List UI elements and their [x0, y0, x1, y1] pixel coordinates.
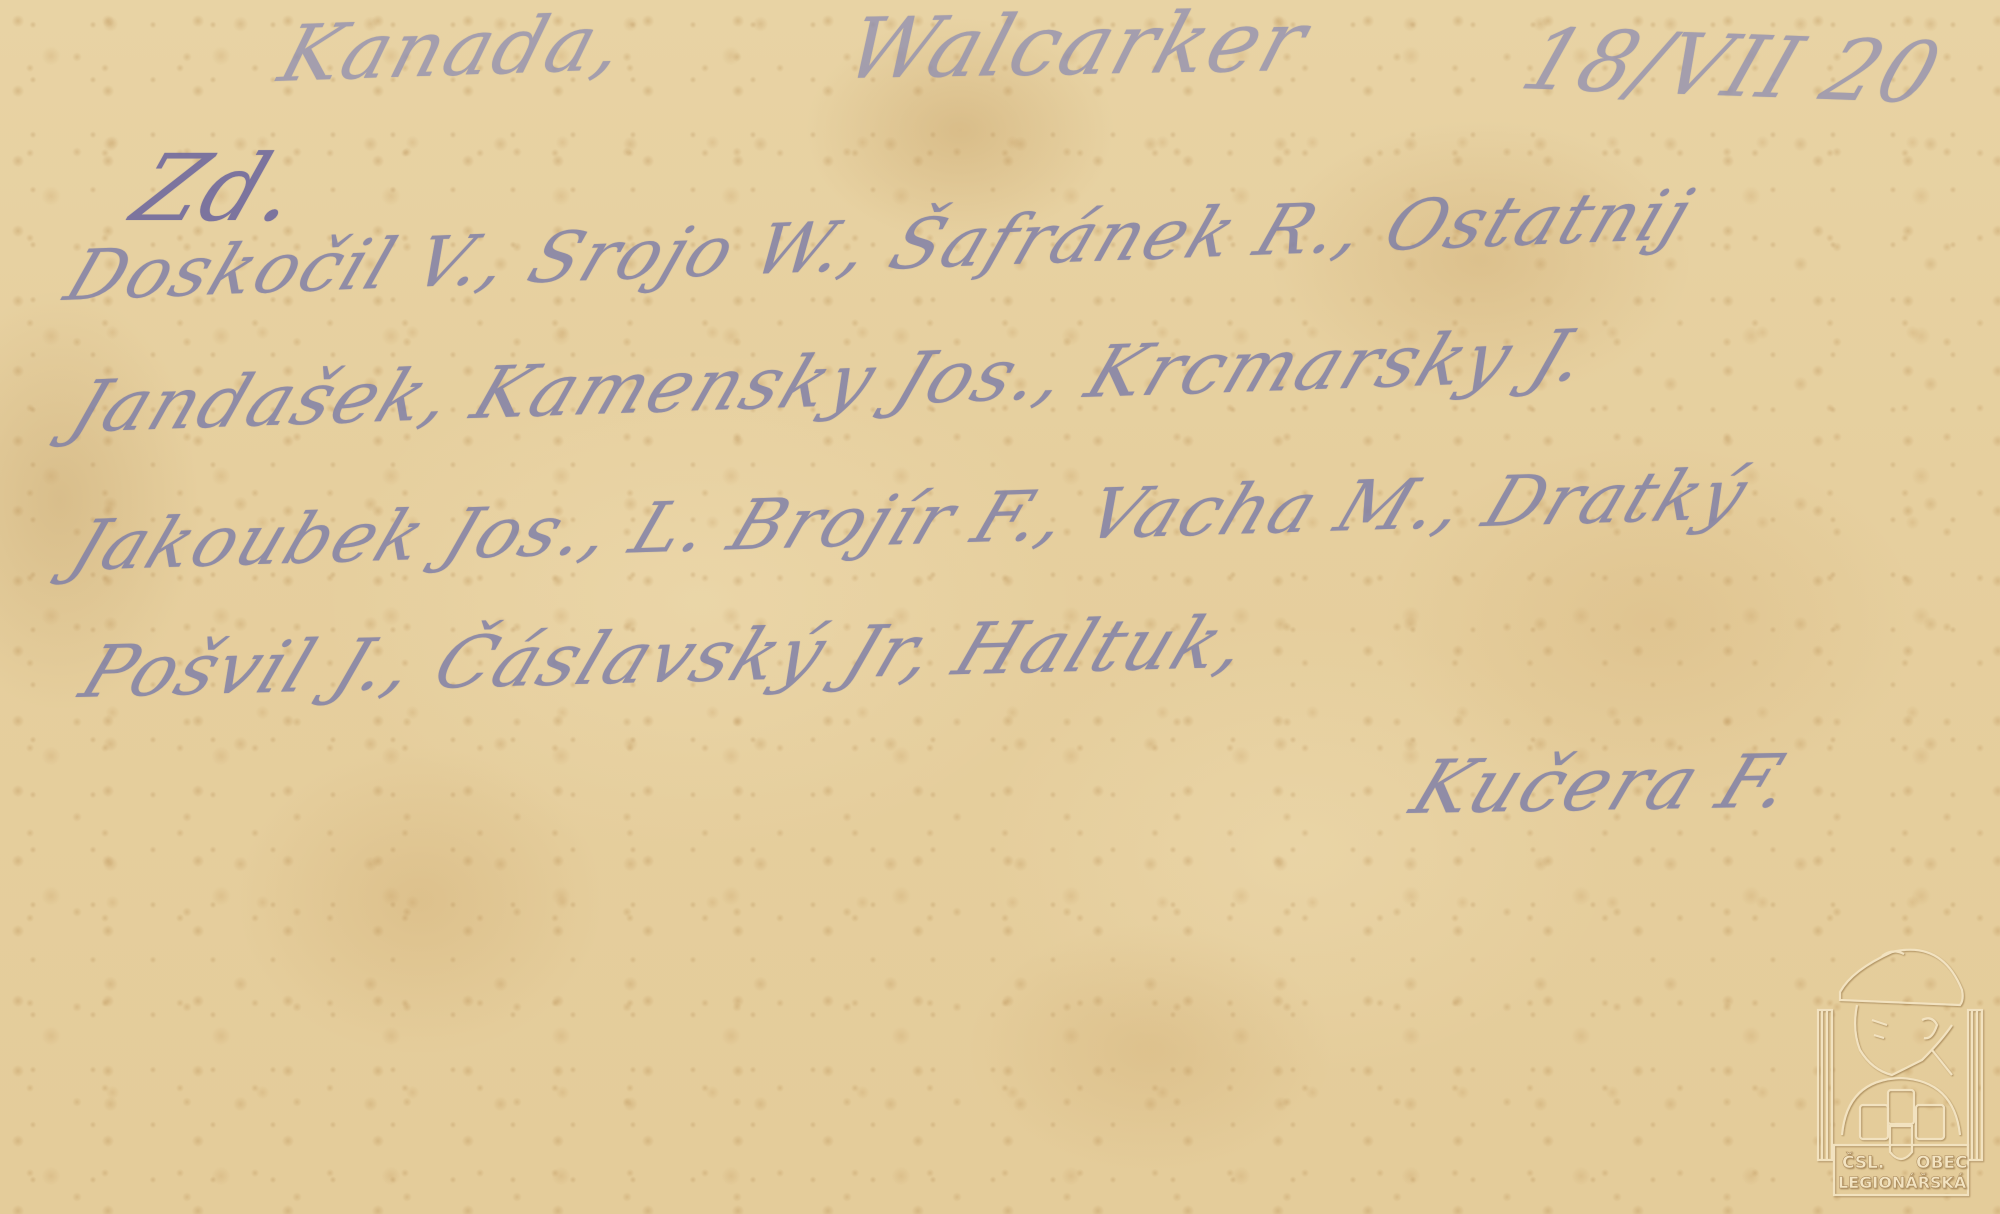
- seal-text-obec: OBEC: [1916, 1153, 1968, 1173]
- header-town: Walcarker: [835, 0, 1320, 98]
- postcard-back: Kanada, Walcarker 18/VII 20 Zd. Doskočil…: [0, 0, 2000, 1214]
- names-line-1: Doskočil V., Srojo W., Šafránek R., Osta…: [55, 174, 1705, 317]
- names-line-5: Kučera F.: [1400, 739, 1807, 831]
- names-line-2: Jandašek, Kamensky Jos., Krcmarsky J.: [60, 313, 1602, 449]
- header-place: Kanada,: [270, 0, 636, 100]
- seal-text-legionarska: LEGIONÁŘSKÁ: [1838, 1173, 1967, 1192]
- seal-text-csl: ČSL.: [1842, 1151, 1884, 1173]
- header-date: 18/VII 20: [1510, 10, 1954, 122]
- names-line-3: Jakoubek Jos., L. Brojír F., Vacha M., D…: [60, 453, 1760, 587]
- legionnaire-seal-icon: ČSL. OBEC LEGIONÁŘSKÁ: [1812, 930, 1988, 1200]
- embossed-seal: ČSL. OBEC LEGIONÁŘSKÁ: [1812, 930, 1988, 1200]
- names-line-4: Pošvil J., Čáslavský Jr, Haltuk,: [70, 600, 1262, 714]
- salutation: Zd.: [120, 135, 317, 242]
